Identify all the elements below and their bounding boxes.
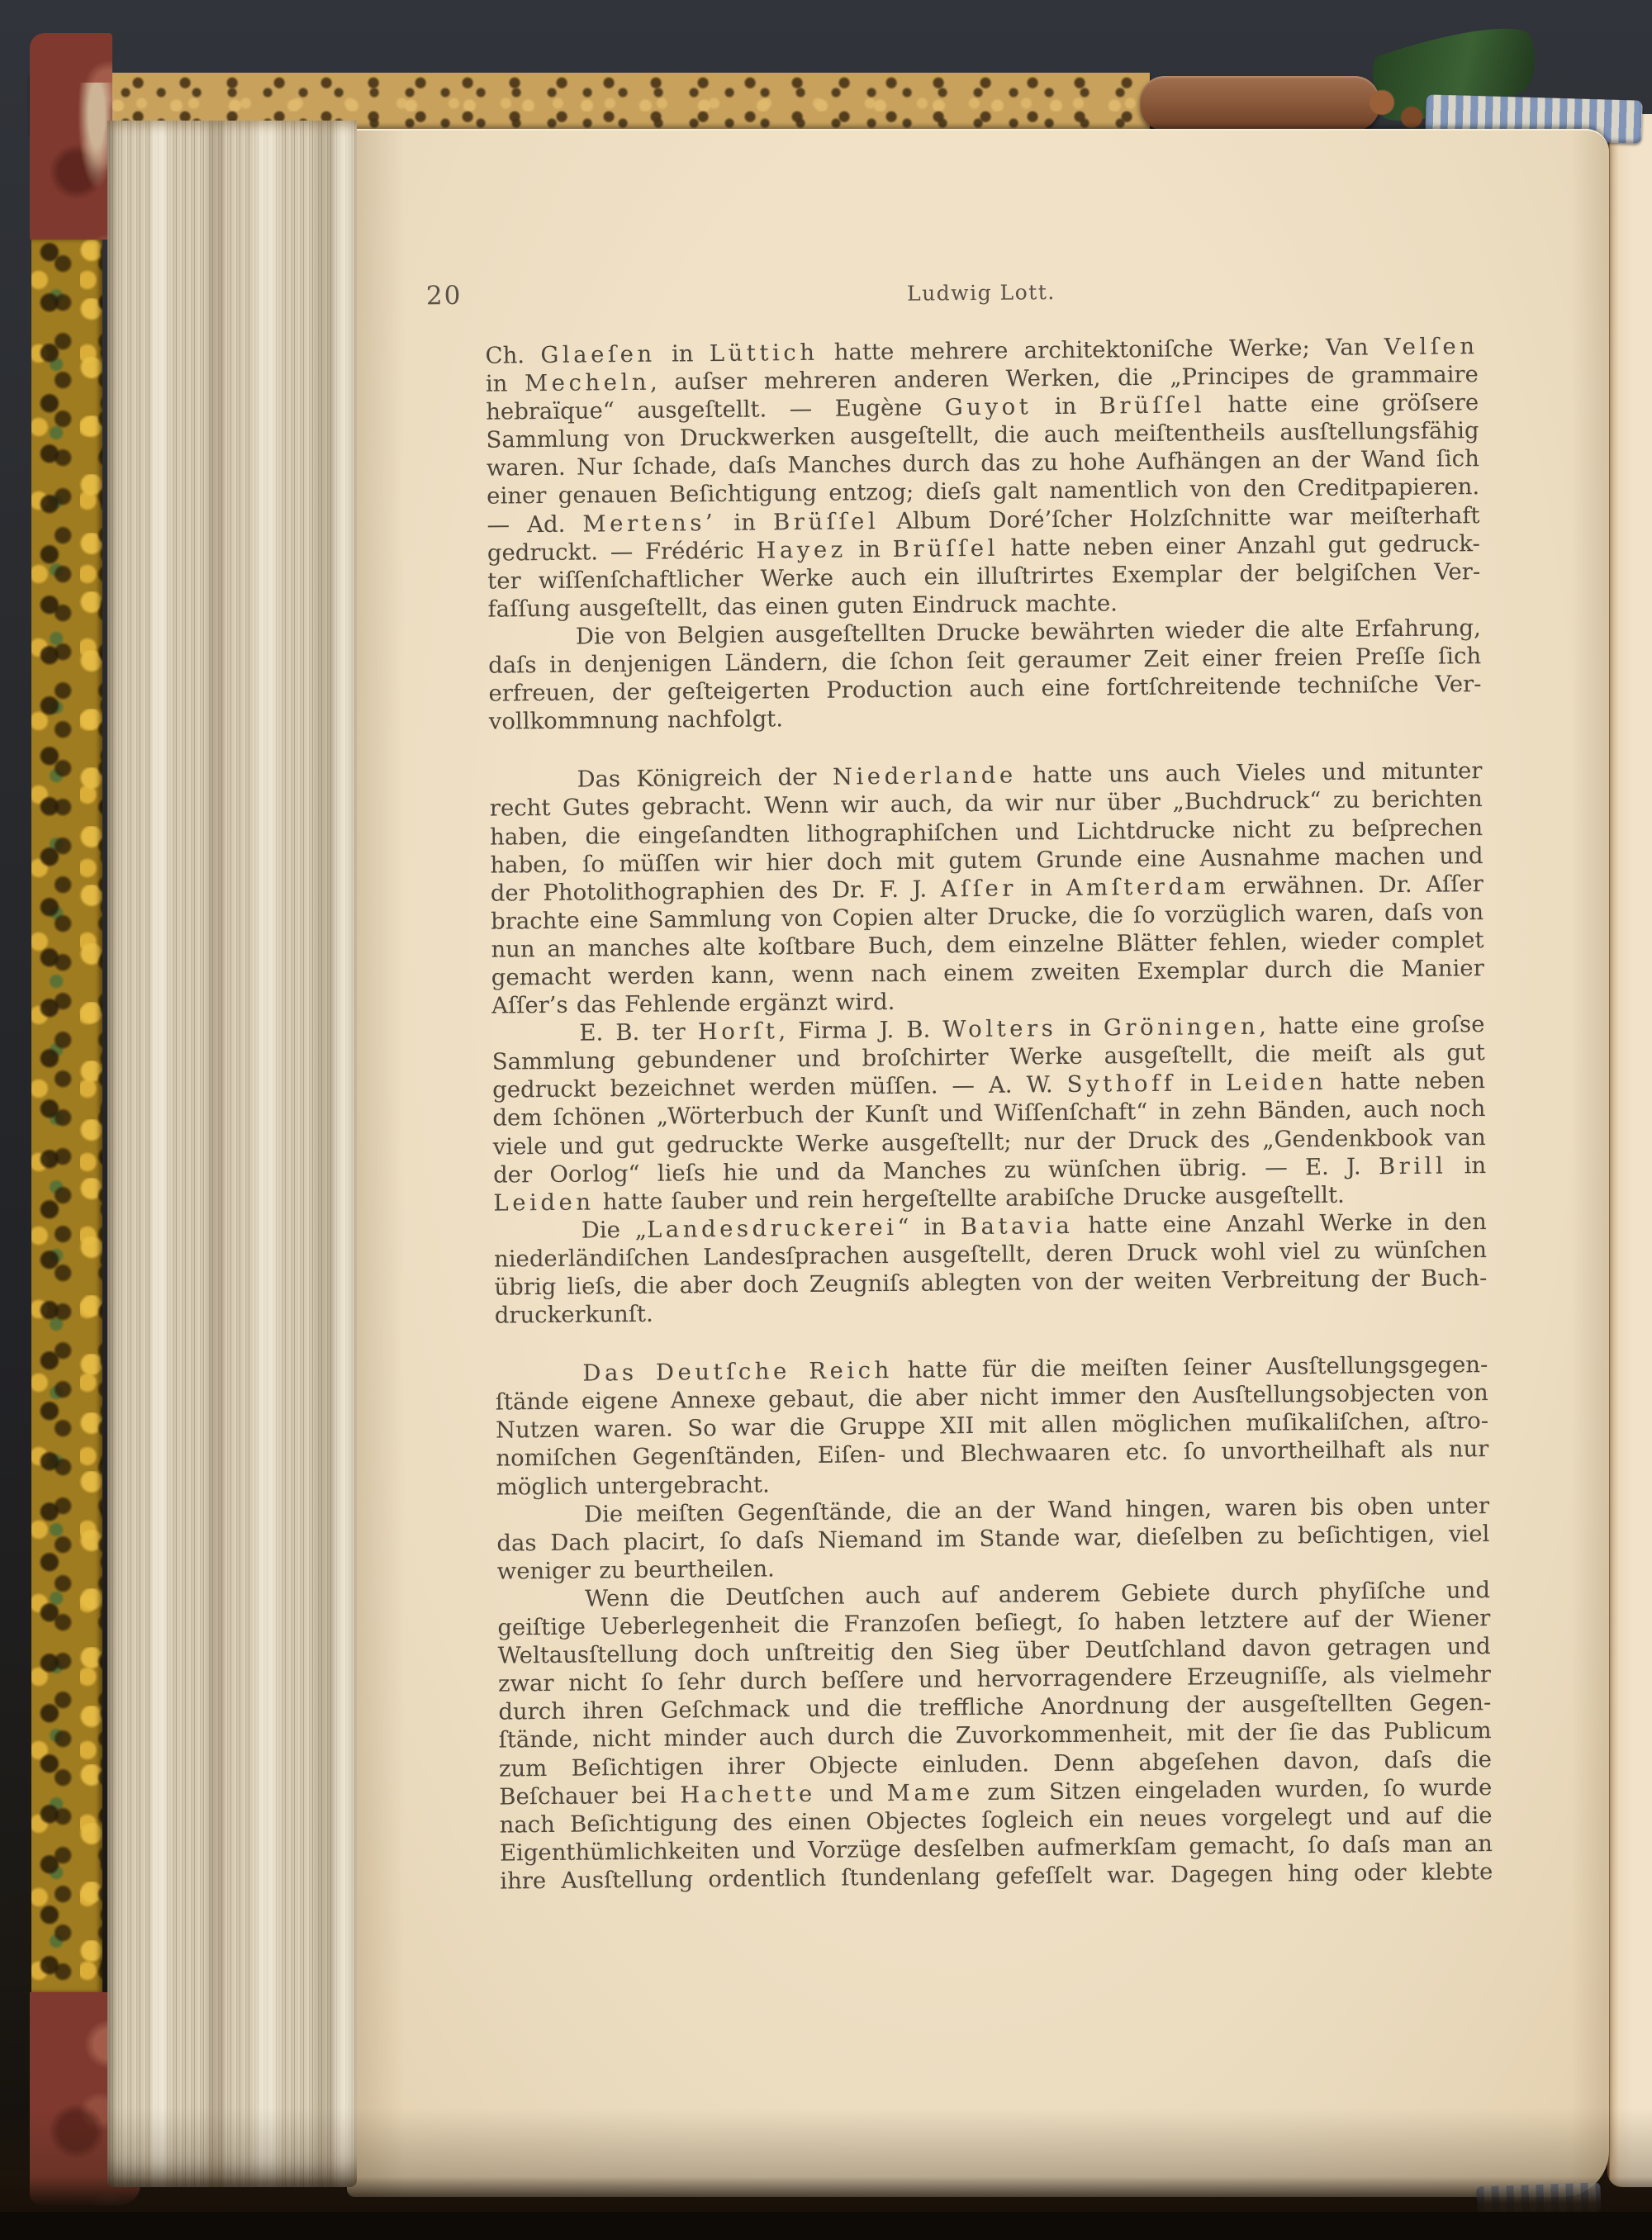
letterspaced-name: Das Deutſche Reich (582, 1357, 893, 1387)
letterspaced-name: Wolters (942, 1015, 1056, 1042)
spine-leather-fragments (1360, 83, 1434, 132)
table-surface (0, 2212, 1652, 2240)
letterspaced-name: Lüttich (710, 339, 819, 367)
paragraph: Das Königreich der Niederlande hatte uns… (489, 757, 1484, 1019)
paragraph: Wenn die Deutſchen auch auf anderem Gebi… (497, 1576, 1493, 1896)
book-cover-edge (30, 33, 112, 2205)
spine-leather-roll (1140, 76, 1379, 131)
leather-corner-top (30, 33, 112, 240)
page-content: 20 Ludwig Lott. Ch. Glaeſen in Lüttich h… (347, 125, 1629, 2204)
paragraph: Die von Belgien ausgeſtellten Drucke bew… (488, 614, 1482, 736)
letterspaced-name: Brüſſel (773, 508, 880, 535)
photo-background: 20 Ludwig Lott. Ch. Glaeſen in Lüttich h… (0, 0, 1652, 2240)
letterspaced-name: Mame (887, 1779, 974, 1806)
paragraph: Die „Landesdruckerei“ in Batavia hatte e… (494, 1208, 1488, 1330)
letterspaced-name: Velſen (1384, 333, 1479, 360)
letterspaced-name: Landesdruckerei (647, 1214, 898, 1243)
letterspaced-name: Aſſer (941, 875, 1018, 902)
letterspaced-name: Leiden (493, 1189, 594, 1216)
book-page: 20 Ludwig Lott. Ch. Glaeſen in Lüttich h… (347, 129, 1609, 2197)
paragraph: E. B. ter Horſt, Firma J. B. Wolters in … (491, 1010, 1486, 1217)
letterspaced-name: Mertens’ (582, 510, 716, 538)
paragraph: Ch. Glaeſen in Lüttich hatte mehrere arc… (485, 332, 1480, 623)
page-number: 20 (426, 281, 463, 311)
paragraph: Das Deutſche Reich hatte für die meiſten… (495, 1350, 1489, 1501)
letterspaced-name: Brüſſel (1099, 392, 1206, 420)
letterspaced-name: Brüſſel (892, 534, 999, 562)
letterspaced-name: Hayez (756, 536, 847, 563)
page-stack-edges (107, 121, 357, 2187)
letterspaced-name: Brill (1379, 1152, 1447, 1179)
letterspaced-name: Mecheln (525, 369, 650, 396)
letterspaced-name: Leiden (1226, 1069, 1327, 1096)
letterspaced-name: Amſterdam (1066, 873, 1229, 901)
letterspaced-name: Glaeſen (540, 341, 656, 368)
running-head: Ludwig Lott. (485, 276, 1478, 310)
letterspaced-name: Horſt (698, 1018, 779, 1045)
letterspaced-name: Sythoff (1067, 1070, 1176, 1098)
paragraph: Die meiſten Gegenſtände, die an der Wand… (496, 1492, 1490, 1586)
letterspaced-name: Hachette (680, 1781, 816, 1809)
letterspaced-name: Niederlande (833, 762, 1017, 790)
text-block: Ch. Glaeſen in Lüttich hatte mehrere arc… (485, 332, 1493, 1895)
marbled-cover-paper (31, 240, 102, 1992)
letterspaced-name: Gröningen (1104, 1013, 1260, 1042)
letterspaced-name: Guyot (945, 394, 1032, 421)
letterspaced-name: Batavia (961, 1213, 1074, 1240)
